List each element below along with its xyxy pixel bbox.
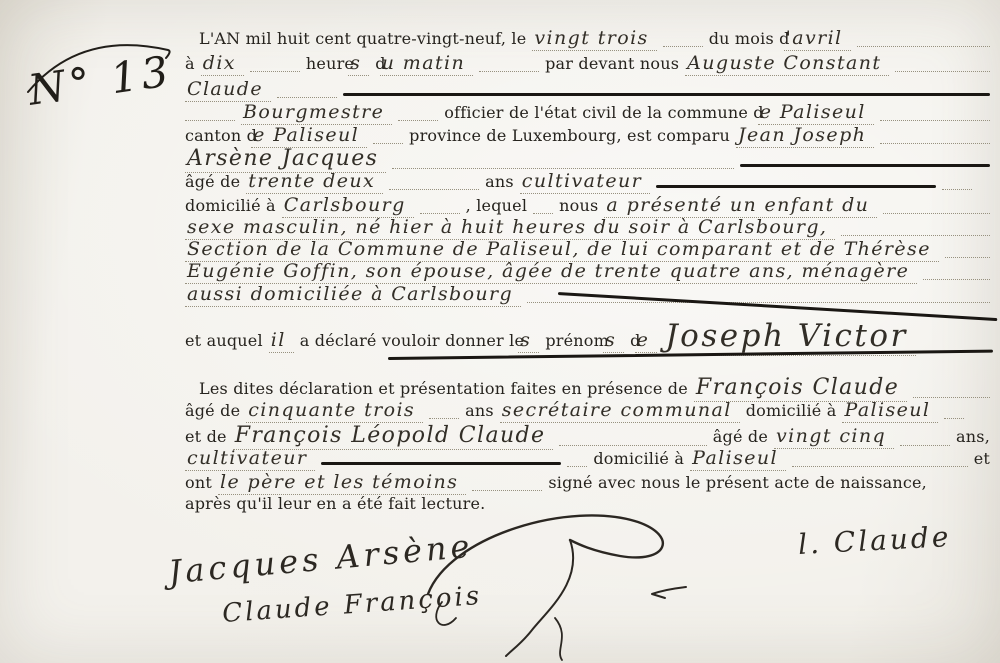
- printed-text: et auquel: [185, 331, 263, 350]
- dotted-rule: [895, 70, 990, 72]
- hw-witness2-profession: cultivateur: [185, 447, 315, 471]
- dotted-rule: [883, 212, 990, 214]
- struck-blank-rule: [656, 185, 936, 188]
- printed-text: Les dites déclaration et présentation fa…: [199, 379, 688, 398]
- dotted-rule: [479, 70, 539, 72]
- dotted-rule: [942, 188, 972, 190]
- dotted-rule: [913, 396, 990, 398]
- dotted-rule: [944, 417, 964, 419]
- hw-plural-s: s: [348, 52, 369, 76]
- hw-month: 'avril: [784, 27, 851, 51]
- dotted-rule: [527, 301, 990, 303]
- hw-witness1-residence: Paliseul: [842, 399, 938, 423]
- printed-text: et de: [185, 427, 227, 446]
- printed-text: du mois d: [709, 29, 790, 48]
- hw-commune: e Paliseul: [758, 101, 874, 125]
- form-line-9: sexe masculin, né hier à huit heures du …: [185, 216, 990, 240]
- printed-text: province de Luxembourg, est comparu: [409, 126, 730, 145]
- form-line-1: L'AN mil huit cent quatre-vingt-neuf, le…: [185, 27, 990, 51]
- printed-text: heure: [306, 54, 354, 73]
- dotted-rule: [792, 465, 968, 467]
- dotted-rule: [567, 465, 587, 467]
- form-line-3: Claude: [185, 78, 990, 102]
- dotted-rule: [389, 188, 479, 190]
- form-line-5: canton d e Paliseul province de Luxembou…: [185, 124, 990, 148]
- dotted-rule: [900, 444, 950, 446]
- hw-declarant-surname: Arsène Jacques: [185, 146, 386, 173]
- dotted-rule: [841, 234, 990, 236]
- dotted-rule: [923, 278, 990, 280]
- printed-text: et: [974, 449, 990, 468]
- hw-letter-e: e: [635, 329, 658, 353]
- hw-signatories: le père et les témoins: [218, 471, 466, 495]
- hw-time-of-day: u matin: [380, 52, 473, 76]
- printed-text: ans: [465, 401, 494, 420]
- dotted-rule: [277, 96, 337, 98]
- dotted-rule: [857, 45, 990, 47]
- printed-text: a déclaré vouloir donner le: [300, 331, 524, 350]
- hw-presentation-text: a présenté un enfant du: [604, 194, 877, 218]
- dotted-rule: [945, 256, 990, 258]
- dotted-rule: [373, 142, 403, 144]
- hw-declarant-profession: cultivateur: [520, 170, 650, 194]
- hw-witness1-age: cinquante trois: [246, 399, 423, 423]
- printed-text: signé avec nous le présent acte de naiss…: [548, 473, 927, 492]
- dotted-rule: [250, 70, 300, 72]
- hw-declarant-firstnames: Jean Joseph: [736, 124, 874, 148]
- hw-pronoun: il: [269, 329, 294, 353]
- struck-blank-rule: [740, 164, 990, 167]
- hw-witness2-name: François Léopold Claude: [233, 423, 554, 450]
- hw-witness2-age: vingt cinq: [774, 425, 894, 449]
- hw-mother-details: Eugénie Goffin, son épouse, âgée de tren…: [185, 260, 917, 284]
- form-line-16: et de François Léopold Claude âgé de vin…: [185, 423, 990, 450]
- dotted-rule: [880, 142, 990, 144]
- printed-text: âgé de: [713, 427, 768, 446]
- hw-officer-firstnames: Auguste Constant: [685, 52, 889, 76]
- dotted-rule: [663, 45, 703, 47]
- hw-birth-details: sexe masculin, né hier à huit heures du …: [185, 216, 835, 240]
- form-line-4: Bourgmestre officier de l'état civil de …: [185, 101, 990, 125]
- dotted-rule: [185, 119, 235, 121]
- form-line-7: âgé de trente deux ans cultivateur: [185, 170, 990, 194]
- signature-witness2: l. Claude: [797, 520, 952, 561]
- hw-officer-title: Bourgmestre: [241, 101, 392, 125]
- printed-text: ont: [185, 473, 212, 492]
- hw-plural-s: s: [603, 329, 624, 353]
- printed-text: ans: [485, 172, 514, 191]
- dotted-rule: [880, 119, 990, 121]
- signature-officer-flourish-icon: [420, 498, 740, 663]
- printed-text: nous: [559, 196, 598, 215]
- hw-mother-residence: aussi domiciliée à Carlsbourg: [185, 283, 521, 307]
- printed-text: , lequel: [466, 196, 528, 215]
- printed-text: à: [185, 54, 195, 73]
- printed-text: prénom: [545, 331, 609, 350]
- printed-text: domicilié à: [593, 449, 684, 468]
- hw-officer-surname: Claude: [185, 78, 271, 102]
- form-line-10: Section de la Commune de Paliseul, de lu…: [185, 238, 990, 262]
- struck-blank-rule: [343, 93, 990, 96]
- hw-hour: dix: [201, 52, 244, 76]
- printed-text: par devant nous: [545, 54, 679, 73]
- struck-blank-rule: [321, 462, 561, 465]
- form-line-8: domicilié à Carlsbourg , lequel nous a p…: [185, 194, 990, 218]
- hw-witness1-name: François Claude: [694, 375, 907, 402]
- printed-text: ans,: [956, 427, 990, 446]
- hw-canton: e Paliseul: [251, 124, 367, 148]
- printed-text: âgé de: [185, 172, 240, 191]
- printed-text: domicilié à: [746, 401, 837, 420]
- printed-text: officier de l'état civil de la commune d: [444, 103, 763, 122]
- dotted-rule: [392, 167, 734, 169]
- dotted-rule: [533, 212, 553, 214]
- printed-text: domicilié à: [185, 196, 276, 215]
- form-line-15: âgé de cinquante trois ans secrétaire co…: [185, 399, 990, 423]
- birth-certificate-document: N° 13 L'AN mil huit cent quatre-vingt-ne…: [0, 0, 1000, 663]
- hw-declarant-residence: Carlsbourg: [282, 194, 414, 218]
- form-line-11: Eugénie Goffin, son épouse, âgée de tren…: [185, 260, 990, 284]
- printed-text: âgé de: [185, 401, 240, 420]
- hw-plural-s: s: [518, 329, 539, 353]
- dotted-rule: [559, 444, 706, 446]
- form-line-17: cultivateur domicilié à Paliseul et: [185, 447, 990, 471]
- form-line-2: à dix heure s d u matin par devant nous …: [185, 52, 990, 76]
- printed-text: L'AN mil huit cent quatre-vingt-neuf, le: [199, 29, 526, 48]
- hw-witness2-residence: Paliseul: [690, 447, 786, 471]
- hw-birth-details: Section de la Commune de Paliseul, de lu…: [185, 238, 939, 262]
- hw-witness1-profession: secrétaire communal: [500, 399, 740, 423]
- form-line-6: Arsène Jacques: [185, 146, 990, 173]
- hw-day: vingt trois: [532, 27, 656, 51]
- form-line-14: Les dites déclaration et présentation fa…: [185, 375, 990, 402]
- dotted-rule: [472, 489, 542, 491]
- dotted-rule: [398, 119, 438, 121]
- dotted-rule: [420, 212, 460, 214]
- printed-text: canton d: [185, 126, 257, 145]
- act-number-block: N° 13: [22, 30, 192, 130]
- form-line-18: ont le père et les témoins signé avec no…: [185, 471, 990, 495]
- hw-declarant-age: trente deux: [246, 170, 383, 194]
- dotted-rule: [429, 417, 459, 419]
